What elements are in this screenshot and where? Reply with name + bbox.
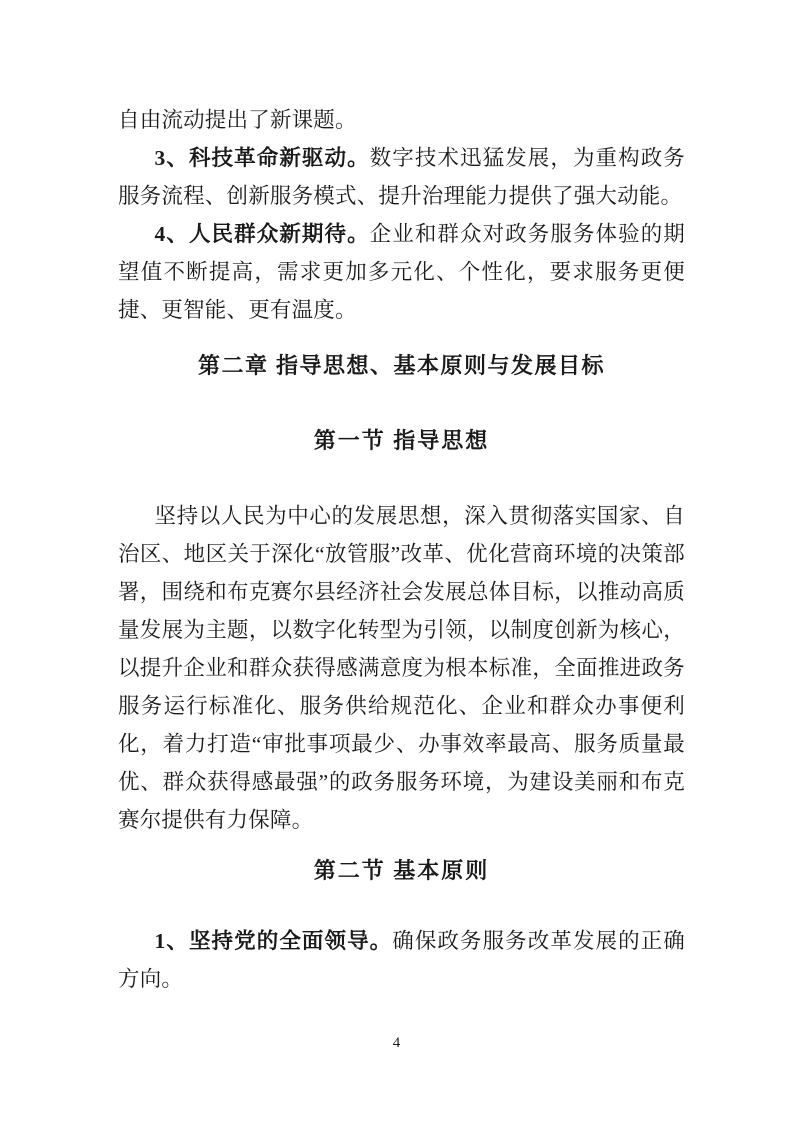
chapter2-heading: 第二章 指导思想、基本原则与发展目标 [118,347,685,385]
section1-heading: 第一节 指导思想 [118,422,685,460]
section2-heading: 第二节 基本原则 [118,852,685,890]
paragraph-item4: 4、人民群众新期待。企业和群众对政务服务体验的期望值不断提高，需求更加多元化、个… [118,215,685,329]
document-page: 自由流动提出了新课题。 3、科技革命新驱动。数字技术迅猛发展，为重构政务服务流程… [0,0,793,1122]
section1-paragraph: 坚持以人民为中心的发展思想，深入贯彻落实国家、自治区、地区关于深化“放管服”改革… [118,497,685,839]
paragraph-principle1: 1、坚持党的全面领导。确保政务服务改革发展的正确方向。 [118,922,685,998]
item4-bold-label: 4、人民群众新期待。 [155,222,370,246]
item3-bold-label: 3、科技革命新驱动。 [155,146,370,170]
paragraph-continuation: 自由流动提出了新课题。 [118,101,685,139]
page-content: 自由流动提出了新课题。 3、科技革命新驱动。数字技术迅猛发展，为重构政务服务流程… [118,101,685,998]
principle1-bold-label: 1、坚持党的全面领导。 [155,929,393,953]
page-number: 4 [0,1033,793,1053]
paragraph-item3: 3、科技革命新驱动。数字技术迅猛发展，为重构政务服务流程、创新服务模式、提升治理… [118,139,685,215]
